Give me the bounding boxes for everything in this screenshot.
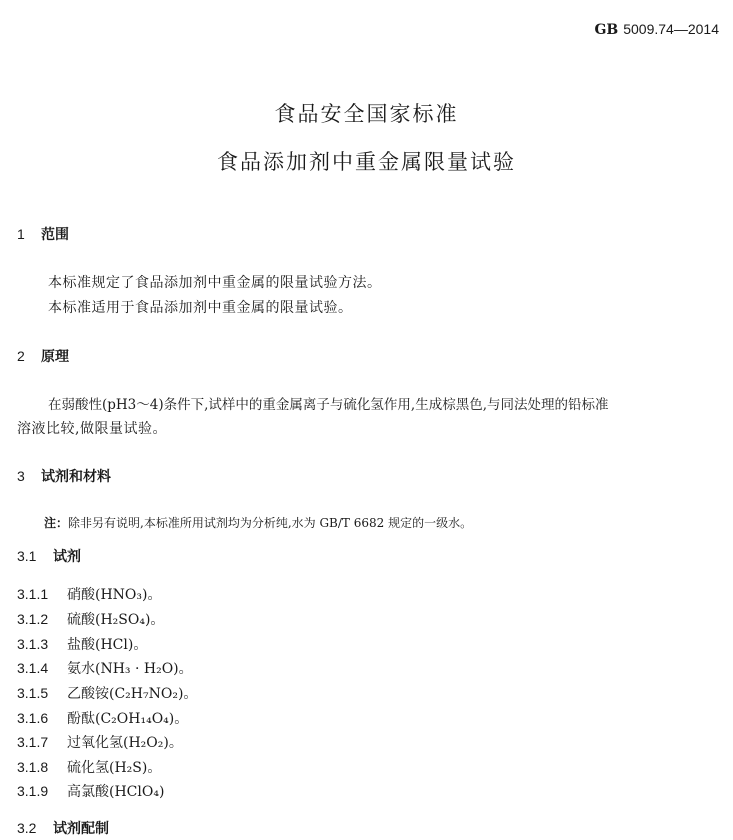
item-number: 3.1.4 [17, 660, 67, 676]
item-number: 3.1.1 [17, 586, 67, 602]
item-text: 硫化氢(H₂S)。 [67, 760, 161, 776]
standard-number: 5009.74—2014 [623, 21, 719, 37]
scope-paragraph-2: 本标准适用于食品添加剂中重金属的限量试验。 [48, 297, 353, 317]
subsection-number: 3.1 [17, 548, 53, 564]
document-title-sub: 食品添加剂中重金属限量试验 [0, 146, 733, 176]
section-number: 2 [17, 348, 41, 364]
reagent-note: 注：除非另有说明,本标准所用试剂均为分析纯,水为 GB/T 6682 规定的一级… [44, 514, 472, 531]
item-number: 3.1.3 [17, 636, 67, 652]
reagent-item: 3.1.3盐酸(HCl)。 [17, 634, 147, 654]
item-number: 3.1.7 [17, 734, 67, 750]
item-text: 硝酸(HNO₃)。 [67, 587, 161, 603]
section-title: 试剂和材料 [41, 469, 111, 485]
item-text: 氨水(NH₃ · H₂O)。 [67, 661, 193, 677]
principle-paragraph-line2: 溶液比较,做限量试验。 [17, 418, 167, 438]
scope-paragraph-1: 本标准规定了食品添加剂中重金属的限量试验方法。 [48, 272, 382, 292]
principle-paragraph-line1: 在弱酸性(pH3～4)条件下,试样中的重金属离子与硫化氢作用,生成棕黑色,与同法… [48, 393, 609, 413]
subsection-heading-reagents: 3.1试剂 [17, 546, 81, 566]
reagent-item: 3.1.1硝酸(HNO₃)。 [17, 584, 161, 604]
section-title: 原理 [41, 349, 69, 365]
reagent-item: 3.1.6酚酞(C₂OH₁₄O₄)。 [17, 708, 188, 728]
section-number: 1 [17, 226, 41, 242]
item-text: 酚酞(C₂OH₁₄O₄)。 [67, 711, 188, 727]
item-text: 盐酸(HCl)。 [67, 637, 147, 653]
section-title: 范围 [41, 227, 69, 243]
reagent-item: 3.1.4氨水(NH₃ · H₂O)。 [17, 658, 193, 678]
item-number: 3.1.2 [17, 611, 67, 627]
reagent-item: 3.1.5乙酸铵(C₂H₇NO₂)。 [17, 683, 197, 703]
item-text: 乙酸铵(C₂H₇NO₂)。 [67, 686, 197, 702]
reagent-item: 3.1.9高氯酸(HClO₄) [17, 781, 164, 801]
reagent-item: 3.1.7过氧化氢(H₂O₂)。 [17, 732, 183, 752]
section-heading-principle: 2原理 [17, 346, 69, 366]
item-number: 3.1.9 [17, 783, 67, 799]
standard-code: GB5009.74—2014 [594, 21, 719, 38]
reagent-item: 3.1.2硫酸(H₂SO₄)。 [17, 609, 164, 629]
subsection-heading-reagent-preparation: 3.2试剂配制 [17, 818, 109, 838]
item-number: 3.1.8 [17, 759, 67, 775]
item-text: 过氧化氢(H₂O₂)。 [67, 735, 183, 751]
item-number: 3.1.6 [17, 710, 67, 726]
note-text: 除非另有说明,本标准所用试剂均为分析纯,水为 GB/T 6682 规定的一级水。 [68, 516, 472, 530]
subsection-title: 试剂 [53, 549, 81, 565]
section-heading-reagents-materials: 3试剂和材料 [17, 466, 111, 486]
note-label: 注： [44, 516, 68, 530]
item-number: 3.1.5 [17, 685, 67, 701]
item-text: 硫酸(H₂SO₄)。 [67, 612, 164, 628]
subsection-number: 3.2 [17, 820, 53, 836]
document-title-main: 食品安全国家标准 [0, 98, 733, 128]
subsection-title: 试剂配制 [53, 821, 109, 837]
section-number: 3 [17, 468, 41, 484]
section-heading-scope: 1范围 [17, 224, 69, 244]
item-text: 高氯酸(HClO₄) [67, 784, 164, 800]
standard-prefix: GB [594, 22, 618, 38]
reagent-item: 3.1.8硫化氢(H₂S)。 [17, 757, 161, 777]
